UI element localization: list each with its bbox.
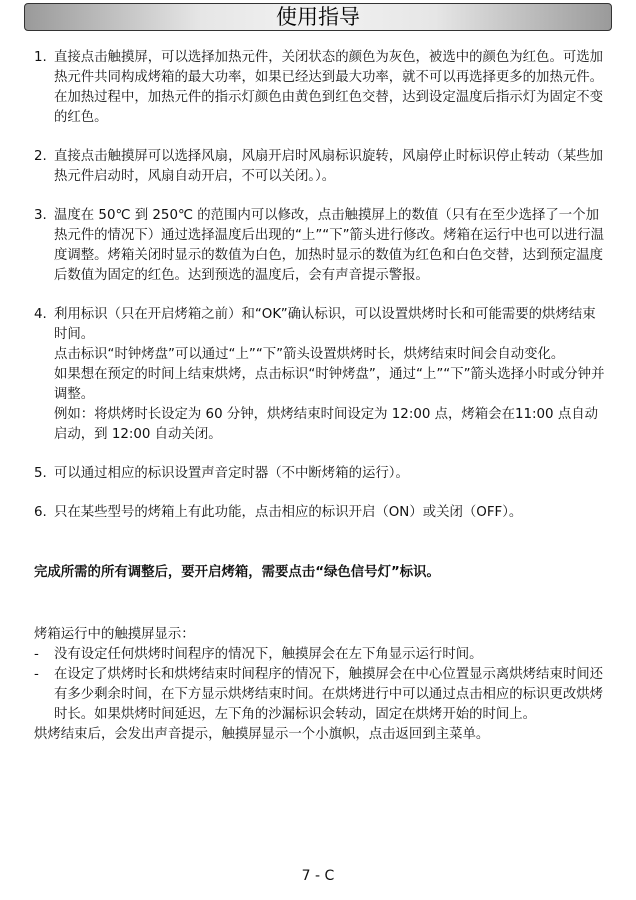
page-number: 7 - C: [0, 868, 636, 884]
item-text: 只在某些型号的烤箱上有此功能，点击相应的标识开启（ON）或关闭（OFF）。: [54, 503, 606, 523]
status-section: 烤箱运行中的触摸屏显示： - 没有设定任何烘烤时间程序的情况下，触摸屏会在左下角…: [34, 625, 606, 745]
item-text: 点击标识“时钟烤盘”可以通过“上”“下”箭头设置烘烤时长，烘烤结束时间会自动变化…: [54, 345, 606, 365]
status-heading: 烤箱运行中的触摸屏显示：: [34, 625, 606, 645]
item-text: 直接点击触摸屏可以选择风扇，风扇开启时风扇标识旋转，风扇停止时标识停止转动（某些…: [54, 147, 606, 187]
instruction-item-2: 2. 直接点击触摸屏可以选择风扇，风扇开启时风扇标识旋转，风扇停止时标识停止转动…: [34, 147, 606, 187]
item-number: 1.: [34, 48, 47, 68]
item-text: 温度在 50℃ 到 250℃ 的范围内可以修改，点击触摸屏上的数值（只有在至少选…: [54, 206, 606, 286]
instruction-item-6: 6. 只在某些型号的烤箱上有此功能，点击相应的标识开启（ON）或关闭（OFF）。: [34, 503, 606, 523]
status-bullet: - 在设定了烘烤时长和烘烤结束时间程序的情况下，触摸屏会在中心位置显示离烘烤结束…: [34, 665, 606, 725]
instruction-item-4: 4. 利用标识（只在开启烤箱之前）和“OK”确认标识，可以设置烘烤时长和可能需要…: [34, 305, 606, 445]
bullet-text: 没有设定任何烘烤时间程序的情况下，触摸屏会在左下角显示运行时间。: [54, 647, 483, 662]
item-text: 利用标识（只在开启烤箱之前）和“OK”确认标识，可以设置烘烤时长和可能需要的烘烤…: [54, 305, 606, 345]
instructions-body: 1. 直接点击触摸屏，可以选择加热元件，关闭状态的颜色为灰色，被选中的颜色为红色…: [34, 48, 606, 745]
status-closing: 烘烤结束后，会发出声音提示，触摸屏显示一个小旗帜，点击返回到主菜单。: [34, 725, 606, 745]
item-number: 3.: [34, 206, 47, 226]
instruction-item-3: 3. 温度在 50℃ 到 250℃ 的范围内可以修改，点击触摸屏上的数值（只有在…: [34, 206, 606, 286]
item-text: 如果想在预定的时间上结束烘烤，点击标识“时钟烤盘”，通过“上”“下”箭头选择小时…: [54, 365, 606, 405]
start-oven-note: 完成所需的所有调整后，要开启烤箱，需要点击“绿色信号灯”标识。: [34, 563, 606, 583]
item-number: 5.: [34, 464, 47, 484]
status-bullet: - 没有设定任何烘烤时间程序的情况下，触摸屏会在左下角显示运行时间。: [34, 645, 606, 665]
item-text: 直接点击触摸屏，可以选择加热元件，关闭状态的颜色为灰色，被选中的颜色为红色。可选…: [54, 48, 606, 128]
item-number: 2.: [34, 147, 47, 167]
item-text: 可以通过相应的标识设置声音定时器（不中断烤箱的运行）。: [54, 464, 606, 484]
instruction-item-1: 1. 直接点击触摸屏，可以选择加热元件，关闭状态的颜色为灰色，被选中的颜色为红色…: [34, 48, 606, 128]
item-number: 4.: [34, 305, 47, 325]
item-number: 6.: [34, 503, 47, 523]
instruction-item-5: 5. 可以通过相应的标识设置声音定时器（不中断烤箱的运行）。: [34, 464, 606, 484]
dash-marker: -: [34, 645, 39, 665]
dash-marker: -: [34, 665, 39, 685]
bullet-text: 在设定了烘烤时长和烘烤结束时间程序的情况下，触摸屏会在中心位置显示离烘烤结束时间…: [54, 667, 603, 722]
item-text: 例如：将烘烤时长设定为 60 分钟，烘烤结束时间设定为 12:00 点，烤箱会在…: [54, 405, 606, 445]
page-title: 使用指导: [24, 3, 612, 31]
